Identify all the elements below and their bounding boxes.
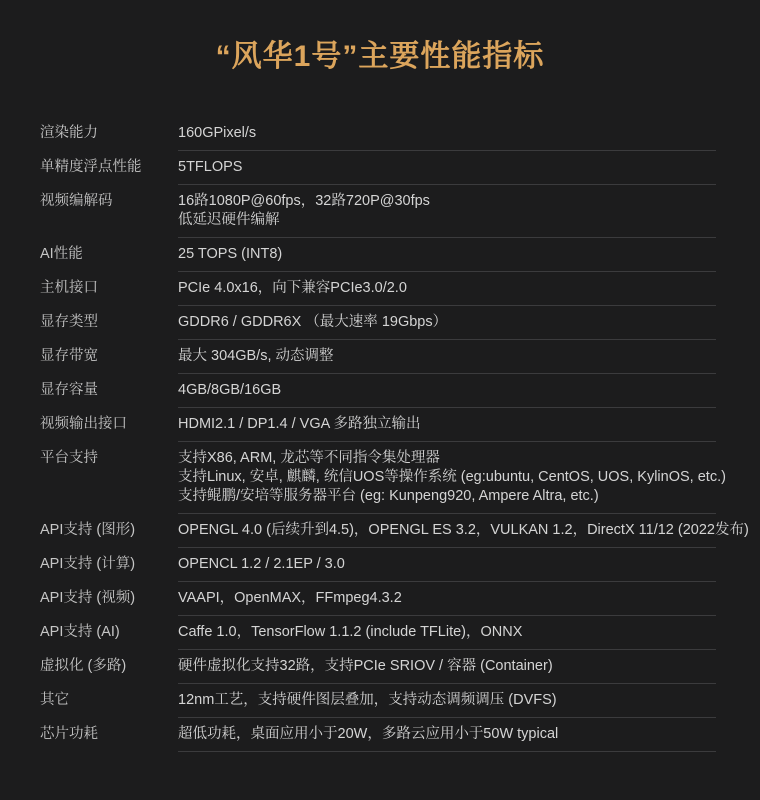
spec-value: 支持X86, ARM, 龙芯等不同指令集处理器 支持Linux, 安卓, 麒麟,… (178, 442, 716, 514)
spec-label: 视频编解码 (40, 185, 178, 211)
spec-label: 芯片功耗 (40, 718, 178, 744)
spec-value: OPENCL 1.2 / 2.1EP / 3.0 (178, 548, 716, 582)
spec-value-line: OPENCL 1.2 / 2.1EP / 3.0 (178, 555, 716, 574)
spec-value-line: Caffe 1.0，TensorFlow 1.1.2 (include TFLi… (178, 623, 716, 642)
spec-label: 单精度浮点性能 (40, 151, 178, 177)
spec-value: HDMI2.1 / DP1.4 / VGA 多路独立输出 (178, 408, 716, 442)
spec-value: 160GPixel/s (178, 117, 716, 151)
spec-row-ai-performance: AI性能 25 TOPS (INT8) (0, 238, 760, 272)
spec-row-video-output: 视频输出接口 HDMI2.1 / DP1.4 / VGA 多路独立输出 (0, 408, 760, 442)
spec-value-line: 最大 304GB/s, 动态调整 (178, 347, 716, 366)
spec-row-host-interface: 主机接口 PCIe 4.0x16，向下兼容PCIe3.0/2.0 (0, 272, 760, 306)
spec-value: GDDR6 / GDDR6X （最大速率 19Gbps） (178, 306, 716, 340)
page-title: “风华1号”主要性能指标 (0, 0, 760, 74)
spec-value-line: 超低功耗，桌面应用小于20W，多路云应用小于50W typical (178, 725, 716, 744)
spec-value-line: 160GPixel/s (178, 124, 716, 143)
spec-row-chip-power: 芯片功耗 超低功耗，桌面应用小于20W，多路云应用小于50W typical (0, 718, 760, 752)
spec-sheet-page: “风华1号”主要性能指标 渲染能力 160GPixel/s 单精度浮点性能 5T… (0, 0, 760, 800)
spec-value: 硬件虚拟化支持32路，支持PCIe SRIOV / 容器 (Container) (178, 650, 716, 684)
spec-row-video-codec: 视频编解码 16路1080P@60fps，32路720P@30fps 低延迟硬件… (0, 185, 760, 238)
spec-value: 16路1080P@60fps，32路720P@30fps 低延迟硬件编解 (178, 185, 716, 238)
spec-table: 渲染能力 160GPixel/s 单精度浮点性能 5TFLOPS 视频编解码 1… (0, 117, 760, 752)
spec-label: API支持 (AI) (40, 616, 178, 642)
spec-value-line: VAAPI，OpenMAX，FFmpeg4.3.2 (178, 589, 716, 608)
spec-label: 显存容量 (40, 374, 178, 400)
spec-value: VAAPI，OpenMAX，FFmpeg4.3.2 (178, 582, 716, 616)
spec-row-api-graphics: API支持 (图形) OPENGL 4.0 (后续升到4.5)，OPENGL E… (0, 514, 760, 548)
spec-label: 渲染能力 (40, 117, 178, 143)
spec-label: 其它 (40, 684, 178, 710)
spec-row-others: 其它 12nm工艺，支持硬件图层叠加，支持动态调频调压 (DVFS) (0, 684, 760, 718)
spec-label: 虚拟化 (多路) (40, 650, 178, 676)
spec-row-memory-capacity: 显存容量 4GB/8GB/16GB (0, 374, 760, 408)
spec-row-platform-support: 平台支持 支持X86, ARM, 龙芯等不同指令集处理器 支持Linux, 安卓… (0, 442, 760, 514)
spec-label: AI性能 (40, 238, 178, 264)
spec-value-line: OPENGL 4.0 (后续升到4.5)，OPENGL ES 3.2，VULKA… (178, 521, 716, 540)
spec-label: 显存带宽 (40, 340, 178, 366)
spec-label: API支持 (计算) (40, 548, 178, 574)
spec-label: 显存类型 (40, 306, 178, 332)
spec-label: API支持 (图形) (40, 514, 178, 540)
spec-value-line: 支持Linux, 安卓, 麒麟, 统信UOS等操作系统 (eg:ubuntu, … (178, 468, 716, 487)
spec-row-fp32-performance: 单精度浮点性能 5TFLOPS (0, 151, 760, 185)
spec-value-line: 支持鲲鹏/安培等服务器平台 (eg: Kunpeng920, Ampere Al… (178, 487, 716, 506)
spec-value-line: PCIe 4.0x16，向下兼容PCIe3.0/2.0 (178, 279, 716, 298)
spec-value: 25 TOPS (INT8) (178, 238, 716, 272)
spec-row-api-compute: API支持 (计算) OPENCL 1.2 / 2.1EP / 3.0 (0, 548, 760, 582)
spec-value: Caffe 1.0，TensorFlow 1.1.2 (include TFLi… (178, 616, 716, 650)
spec-value: 4GB/8GB/16GB (178, 374, 716, 408)
spec-value-line: 25 TOPS (INT8) (178, 245, 716, 264)
spec-value-line: 5TFLOPS (178, 158, 716, 177)
spec-value: 12nm工艺，支持硬件图层叠加，支持动态调频调压 (DVFS) (178, 684, 716, 718)
spec-label: API支持 (视频) (40, 582, 178, 608)
spec-value-line: HDMI2.1 / DP1.4 / VGA 多路独立输出 (178, 415, 716, 434)
spec-value: OPENGL 4.0 (后续升到4.5)，OPENGL ES 3.2，VULKA… (178, 514, 716, 548)
spec-row-memory-type: 显存类型 GDDR6 / GDDR6X （最大速率 19Gbps） (0, 306, 760, 340)
spec-value: PCIe 4.0x16，向下兼容PCIe3.0/2.0 (178, 272, 716, 306)
spec-label: 主机接口 (40, 272, 178, 298)
spec-value: 最大 304GB/s, 动态调整 (178, 340, 716, 374)
spec-label: 视频输出接口 (40, 408, 178, 434)
spec-value-line: 16路1080P@60fps，32路720P@30fps (178, 192, 716, 211)
spec-label: 平台支持 (40, 442, 178, 468)
spec-row-api-ai: API支持 (AI) Caffe 1.0，TensorFlow 1.1.2 (i… (0, 616, 760, 650)
spec-row-render-capability: 渲染能力 160GPixel/s (0, 117, 760, 151)
spec-value-line: 12nm工艺，支持硬件图层叠加，支持动态调频调压 (DVFS) (178, 691, 716, 710)
spec-value-line: 低延迟硬件编解 (178, 211, 716, 230)
spec-value-line: GDDR6 / GDDR6X （最大速率 19Gbps） (178, 313, 716, 332)
spec-value-line: 支持X86, ARM, 龙芯等不同指令集处理器 (178, 449, 716, 468)
spec-row-memory-bandwidth: 显存带宽 最大 304GB/s, 动态调整 (0, 340, 760, 374)
spec-row-api-video: API支持 (视频) VAAPI，OpenMAX，FFmpeg4.3.2 (0, 582, 760, 616)
spec-value: 超低功耗，桌面应用小于20W，多路云应用小于50W typical (178, 718, 716, 752)
spec-value-line: 4GB/8GB/16GB (178, 381, 716, 400)
spec-value-line: 硬件虚拟化支持32路，支持PCIe SRIOV / 容器 (Container) (178, 657, 716, 676)
spec-row-virtualization: 虚拟化 (多路) 硬件虚拟化支持32路，支持PCIe SRIOV / 容器 (C… (0, 650, 760, 684)
spec-value: 5TFLOPS (178, 151, 716, 185)
